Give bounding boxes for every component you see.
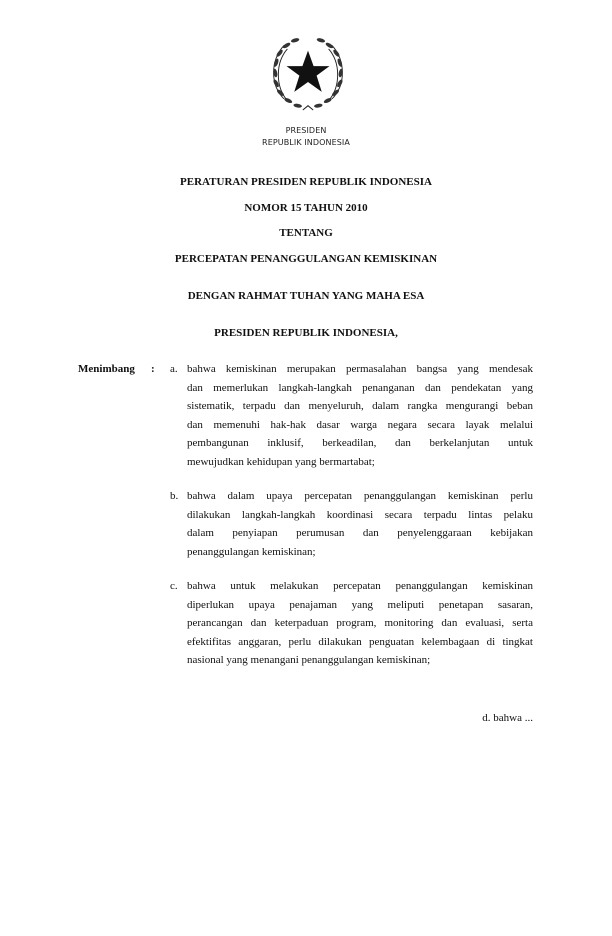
text-line: dalam penyiapan perumusan dan penyelengg… (187, 524, 533, 543)
continuation-marker: d. bahwa ... (482, 712, 533, 724)
considering-label: Menimbang (78, 363, 135, 375)
text-line: dan memenuhi hak-hak dasar warga negara … (187, 416, 533, 435)
text-line: dan memerlukan langkah-langkah penangana… (187, 379, 533, 398)
state-emblem-icon (265, 30, 351, 116)
text-line: pembangunan inklusif, berkeadilan, dan b… (187, 434, 533, 453)
document-page: PRESIDEN REPUBLIK INDONESIA PERATURAN PR… (0, 0, 612, 936)
office-heading-line2: REPUBLIK INDONESIA (0, 138, 612, 147)
regulation-subject: PERCEPATAN PENANGGULANGAN KEMISKINAN (0, 253, 612, 265)
text-line: bahwa untuk melakukan percepatan penangg… (187, 577, 533, 596)
text-line: perancangan dan keterpaduan program, mon… (187, 614, 533, 633)
about-heading: TENTANG (0, 227, 612, 239)
text-line: mewujudkan kehidupan yang bermartabat; (187, 453, 533, 472)
text-line: nasional yang menangani penanggulangan k… (187, 651, 533, 670)
considering-item-b: bahwa dalam upaya percepatan penanggulan… (187, 487, 533, 561)
text-line: bahwa dalam upaya percepatan penanggulan… (187, 487, 533, 506)
considering-colon: : (151, 363, 155, 375)
text-line: penanggulangan kemiskinan; (187, 543, 533, 562)
issuer: PRESIDEN REPUBLIK INDONESIA, (0, 327, 612, 339)
invocation: DENGAN RAHMAT TUHAN YANG MAHA ESA (0, 290, 612, 302)
text-line: sistematik, terpadu dan menyeluruh, dala… (187, 397, 533, 416)
regulation-title: PERATURAN PRESIDEN REPUBLIK INDONESIA (0, 176, 612, 188)
office-heading-line1: PRESIDEN (0, 126, 612, 135)
regulation-number: NOMOR 15 TAHUN 2010 (0, 202, 612, 214)
item-c-letter: c. (170, 580, 178, 592)
considering-item-c: bahwa untuk melakukan percepatan penangg… (187, 577, 533, 670)
text-line: diperlukan upaya penajaman yang meliputi… (187, 596, 533, 615)
item-a-letter: a. (170, 363, 178, 375)
item-b-letter: b. (170, 490, 178, 502)
text-line: efektifitas anggaran, perlu dilakukan pe… (187, 633, 533, 652)
text-line: bahwa kemiskinan merupakan permasalahan … (187, 360, 533, 379)
considering-item-a: bahwa kemiskinan merupakan permasalahan … (187, 360, 533, 472)
text-line: dilakukan langkah-langkah koordinasi sec… (187, 506, 533, 525)
